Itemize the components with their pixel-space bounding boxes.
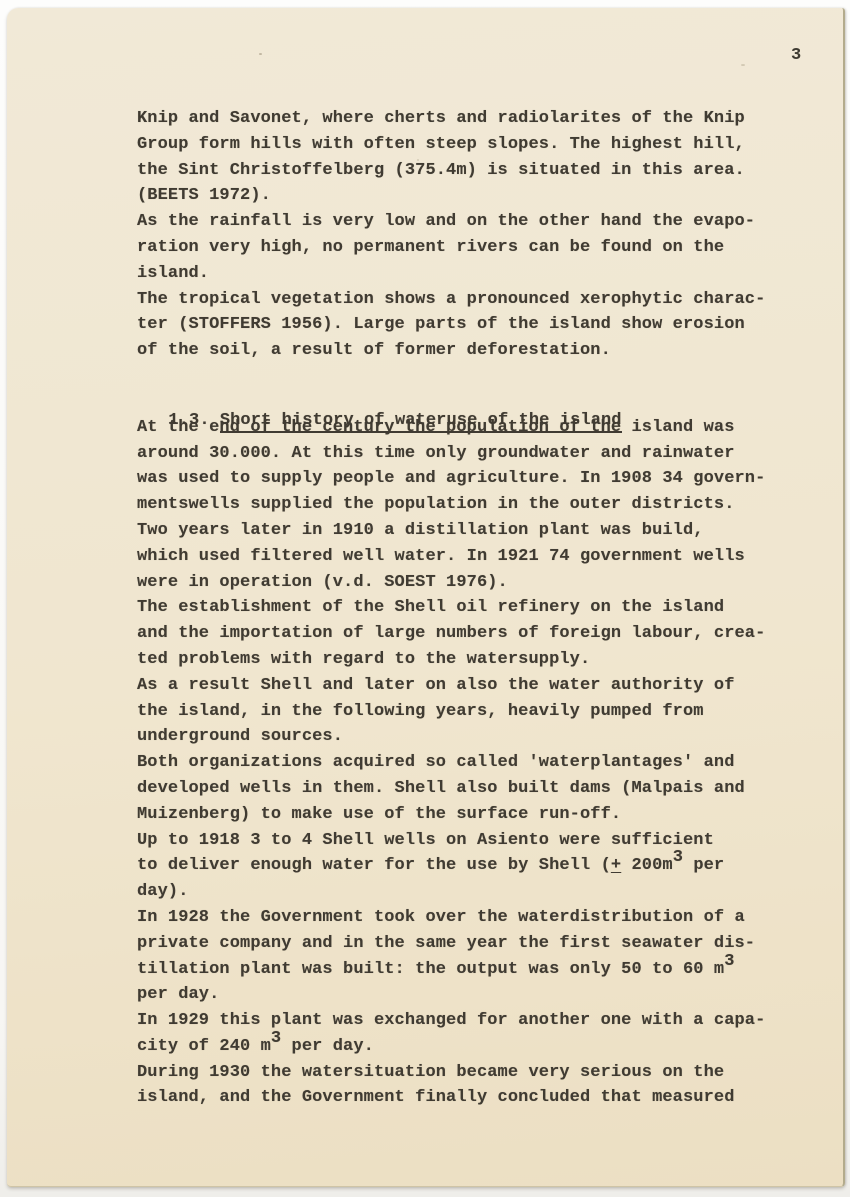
paragraph: In 1929 this plant was exchanged for ano…: [137, 1008, 843, 1060]
intro-paragraphs: Knip and Savonet, where cherts and radio…: [137, 106, 843, 364]
paragraph: As a result Shell and later on also the …: [137, 673, 843, 750]
text-line: the Sint Christoffelberg (375.4m) is sit…: [137, 158, 843, 184]
text-line: As a result Shell and later on also the …: [137, 673, 843, 699]
text-line: to deliver enough water for the use by S…: [137, 853, 843, 879]
text-line: In 1928 the Government took over the wat…: [137, 905, 843, 931]
text-line: ted problems with regard to the watersup…: [137, 647, 843, 673]
text-line: city of 240 m3 per day.: [137, 1034, 843, 1060]
text-line: The establishment of the Shell oil refin…: [137, 595, 843, 621]
document-page: 3 Knip and Savonet, where cherts and rad…: [7, 8, 845, 1187]
text-line: At the end of the century the population…: [137, 415, 843, 441]
text-line: around 30.000. At this time only groundw…: [137, 441, 843, 467]
text-line: In 1929 this plant was exchanged for ano…: [137, 1008, 843, 1034]
superscript-3: 3: [271, 1026, 281, 1052]
paragraph: In 1928 the Government took over the wat…: [137, 905, 843, 1008]
text-line: ration very high, no permanent rivers ca…: [137, 235, 843, 261]
paragraph: Both organizations acquired so called 'w…: [137, 750, 843, 827]
superscript-3: 3: [724, 949, 734, 975]
text-line: the island, in the following years, heav…: [137, 699, 843, 725]
text-line: (BEETS 1972).: [137, 183, 843, 209]
text-line: of the soil, a result of former deforest…: [137, 338, 843, 364]
text-line: which used filtered well water. In 1921 …: [137, 544, 843, 570]
text-line: and the importation of large numbers of …: [137, 621, 843, 647]
text-line: private company and in the same year the…: [137, 931, 843, 957]
text-line: During 1930 the watersituation became ve…: [137, 1060, 843, 1086]
plus-minus-sign: +: [611, 856, 621, 875]
text-line: Knip and Savonet, where cherts and radio…: [137, 106, 843, 132]
text-line: ter (STOFFERS 1956). Large parts of the …: [137, 312, 843, 338]
text-line: The tropical vegetation shows a pronounc…: [137, 287, 843, 313]
section-heading: 1.3.Short history of wateruse of the isl…: [86, 382, 843, 408]
text-line: Up to 1918 3 to 4 Shell wells on Asiento…: [137, 828, 843, 854]
paragraph: During 1930 the watersituation became ve…: [137, 1060, 843, 1112]
text-line: island.: [137, 261, 843, 287]
text-line: island, and the Government finally concl…: [137, 1085, 843, 1111]
paragraph: Up to 1918 3 to 4 Shell wells on Asiento…: [137, 828, 843, 905]
scanner-background: 3 Knip and Savonet, where cherts and rad…: [0, 0, 850, 1197]
text-line: were in operation (v.d. SOEST 1976).: [137, 570, 843, 596]
text-line: developed wells in them. Shell also buil…: [137, 776, 843, 802]
paragraph: The establishment of the Shell oil refin…: [137, 595, 843, 672]
paragraph: At the end of the century the population…: [137, 415, 843, 596]
text-line: Group form hills with often steep slopes…: [137, 132, 843, 158]
section-paragraphs: At the end of the century the population…: [137, 415, 843, 1112]
text-line: day).: [137, 879, 843, 905]
superscript-3: 3: [673, 845, 683, 871]
text-line: mentswells supplied the population in th…: [137, 492, 843, 518]
document-body: Knip and Savonet, where cherts and radio…: [7, 8, 843, 1111]
text-line: Two years later in 1910 a distillation p…: [137, 518, 843, 544]
text-line: Muizenberg) to make use of the surface r…: [137, 802, 843, 828]
text-line: per day.: [137, 982, 843, 1008]
text-line: was used to supply people and agricultur…: [137, 466, 843, 492]
paragraph: Knip and Savonet, where cherts and radio…: [137, 106, 843, 287]
text-line: As the rainfall is very low and on the o…: [137, 209, 843, 235]
paragraph: The tropical vegetation shows a pronounc…: [137, 287, 843, 364]
text-line: tillation plant was built: the output wa…: [137, 957, 843, 983]
text-line: underground sources.: [137, 724, 843, 750]
text-line: Both organizations acquired so called 'w…: [137, 750, 843, 776]
